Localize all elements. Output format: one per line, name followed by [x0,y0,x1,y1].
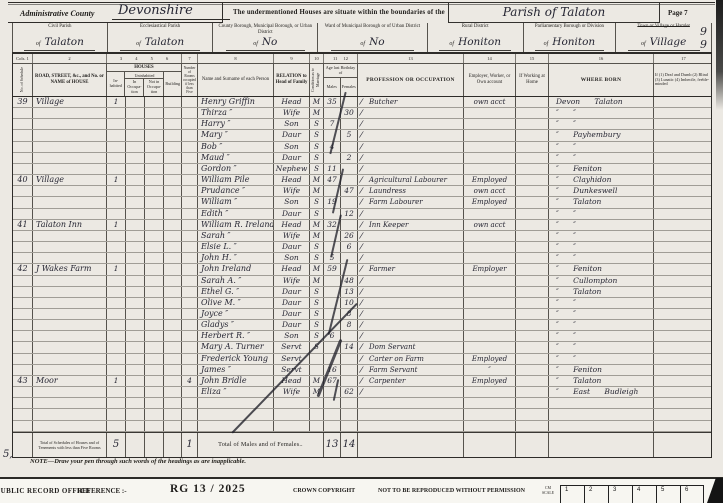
cell-uo [126,287,145,297]
cell-name: Sarah A. ″ [198,276,274,286]
cell-cond: S [310,142,324,152]
cell-inf [654,331,713,341]
cell-rel: Daur [274,242,310,252]
census-row: 42J Wakes Farm1John IrelandHeadM59∕Farme… [13,264,711,275]
cell-born: ″ Clayhidon [549,175,654,185]
cell-af: 26 [341,231,358,241]
cell-af [341,376,358,386]
totals-row: Total of Schedules of Houses and of Tene… [13,432,711,457]
cell-af [341,119,358,129]
cell-occ: ∕Farm Labourer [358,197,464,207]
cell-name: Bob ″ [198,142,274,152]
cell-home [516,376,549,386]
header-age: Age last Birthday of [324,64,357,78]
footer-notice: NOT TO BE REPRODUCED WITHOUT PERMISSION [378,488,525,494]
cell-un [145,253,164,263]
cell-home [516,409,549,419]
cell-uo [126,264,145,274]
cell-cond: S [310,253,324,263]
cell-am: 35 [324,97,341,107]
cell-af [341,421,358,431]
cell-sch: 40 [13,175,33,185]
enumerator-tick-icon: ∕ [359,387,363,397]
cell-name: Frederick Young [198,354,274,364]
cell-name: Herbert R. ″ [198,331,274,341]
cell-emp: Employed [464,197,516,207]
admin-box-border [222,2,223,23]
enumerator-tick-icon: ∕ [359,253,363,263]
cell-inf [654,186,713,196]
cell-occ: ∕Butcher [358,97,464,107]
header-born: WHERE BORN [549,64,654,96]
cell-inf [654,197,713,207]
cell-rooms [182,342,198,352]
cell-home [516,331,549,341]
cell-bld [164,130,182,140]
census-row: James ″Servt16∕Farm Servant″″ Feniton [13,365,711,376]
cell-bld [164,97,182,107]
cell-house [33,387,107,397]
situate-text: The undermentioned Houses are situate wi… [233,9,445,16]
cell-inh: 1 [107,175,126,185]
cell-name: James ″ [198,365,274,375]
cell-inh [107,276,126,286]
cell-af: 47 [341,186,358,196]
cell-cond: S [310,242,324,252]
column-number-strip: Cols. 1 2 3 4 5 6 7 8 9 10 11 12 13 14 1… [13,54,711,64]
header-building: Building [163,72,181,96]
cell-born: ″ ″ [549,108,654,118]
district-label: Ward of Municipal Borough or of Urban Di… [318,24,427,30]
census-row: William ″SonS19∕Farm LabourerEmployed″ T… [13,197,711,208]
cell-born: ″ ″ [549,342,654,352]
cell-sch [13,421,33,431]
cell-rooms [182,242,198,252]
cell-bld [164,264,182,274]
cell-occ: ∕Carpenter [358,376,464,386]
header-age-group: Age last Birthday of Males Females [324,64,358,96]
cell-emp: Employed [464,175,516,185]
cell-bld [164,276,182,286]
cell-inh: 1 [107,264,126,274]
cell-born: ″ Talaton [549,197,654,207]
cell-house [33,320,107,330]
cell-inh [107,354,126,364]
cell-rooms [182,197,198,207]
cell-inf [654,164,713,174]
cell-occ: ∕ [358,119,464,129]
district-value: No [262,36,278,48]
census-row: 39Village1Henry GriffinHeadM35∕Butcherow… [13,97,711,108]
cell-bld [164,298,182,308]
cell-bld [164,220,182,230]
cell-occ: ∕Inn Keeper [358,220,464,230]
cell-house [33,231,107,241]
census-row: Sarah ″WifeM26∕″ ″ [13,231,711,242]
cm-scale-tick: 3 [608,486,632,503]
cell-sch [13,276,33,286]
cell-sch [13,119,33,129]
cell-un [145,376,164,386]
cell-home [516,298,549,308]
cell-born [549,398,654,408]
cell-inh [107,421,126,431]
census-row: Mary ″DaurS5∕″ Payhembury [13,130,711,141]
cell-inh [107,331,126,341]
cell-occ: ∕Laundress [358,186,464,196]
cell-inh [107,309,126,319]
district-band: Civil Parish ofTalaton Ecclesiastical Pa… [12,23,712,52]
cell-name: Olive M. ″ [198,298,274,308]
cell-rooms [182,287,198,297]
enumerator-tick-icon: ∕ [359,197,363,207]
enumerator-tick-icon: ∕ [359,320,363,330]
cell-uo [126,197,145,207]
enumerator-tick-icon: ∕ [359,331,363,341]
cell-sch [13,209,33,219]
cell-inh [107,342,126,352]
cell-born: ″ ″ [549,231,654,241]
cell-sch [13,231,33,241]
cell-home [516,130,549,140]
cell-occ: ∕ [358,108,464,118]
cell-born: ″ Talaton [549,376,654,386]
enumerator-tick-icon: ∕ [359,342,363,352]
cell-house [33,421,107,431]
cell-inf [654,108,713,118]
cell-occ: ∕ [358,153,464,163]
cell-rooms [182,365,198,375]
enumerator-tick-icon: ∕ [359,130,363,140]
cm-scale-tick: 1 [560,486,584,503]
cell-rel: Wife [274,186,310,196]
occupation-text: Inn Keeper [369,221,408,229]
cell-born: ″ ″ [549,220,654,230]
totals-houses-value: 5 [107,433,126,457]
cell-rel: Wife [274,276,310,286]
district-underline [535,50,605,51]
cell-uo [126,354,145,364]
boundary-value: Parish of Talaton [503,5,605,19]
cell-bld [164,142,182,152]
cell-emp [464,142,516,152]
of-prefix: of [544,41,549,47]
census-sheet: Administrative County Devonshire The und… [0,0,723,503]
cell-name: Mary A. Turner [198,342,274,352]
cell-uo [126,142,145,152]
cell-uo [126,421,145,431]
cell-rel: Wife [274,231,310,241]
cell-rooms [182,220,198,230]
totals-empty [654,433,713,457]
cell-born: ″ ″ [549,119,654,129]
cell-house [33,354,107,364]
margin-five: 5, [3,449,13,460]
cell-inh [107,119,126,129]
cell-un [145,231,164,241]
cell-emp [464,387,516,397]
cell-un [145,164,164,174]
totals-empty [516,433,549,457]
cell-cond: M [310,276,324,286]
cell-inf [654,130,713,140]
cell-af: 14 [341,342,358,352]
colnum-8: 8 [198,54,274,63]
census-row: 43Moor14John BridleHeadM67∕CarpenterEmpl… [13,376,711,387]
cell-born: ″ ″ [549,253,654,263]
cell-rel: Wife [274,108,310,118]
cell-home [516,231,549,241]
cell-uo [126,231,145,241]
cell-cond: M [310,97,324,107]
cell-cond: S [310,209,324,219]
cell-rooms [182,164,198,174]
cell-emp [464,298,516,308]
census-row: Gladys ″DaurS8∕″ ″ [13,320,711,331]
cell-cond: M [310,175,324,185]
cell-af: 30 [341,108,358,118]
cell-rel: Head [274,220,310,230]
cell-uo [126,409,145,419]
cell-emp [464,231,516,241]
cell-house [33,276,107,286]
header-uninhabited: Uninhabited [125,72,163,79]
cell-uo [126,153,145,163]
cell-sch [13,398,33,408]
header-condition: Condition as to Marriage [310,64,324,96]
cell-un [145,409,164,419]
district-value: No [369,36,385,48]
cell-name: Gladys ″ [198,320,274,330]
census-row: Eliza ″WifeM62∕″ East Budleigh [13,387,711,398]
cell-rel: Daur [274,209,310,219]
cell-rel: Son [274,142,310,152]
cell-cond: M [310,186,324,196]
cell-rel: Son [274,331,310,341]
cell-emp: own acct [464,220,516,230]
cell-occ: ∕ [358,387,464,397]
cell-inh [107,108,126,118]
cell-emp [464,119,516,129]
cell-uo [126,298,145,308]
cell-house [33,287,107,297]
cell-house [33,186,107,196]
cell-house [33,108,107,118]
cell-rel [274,421,310,431]
cell-home [516,175,549,185]
cell-rooms [182,298,198,308]
cell-name: Edith ″ [198,209,274,219]
census-row: John H. ″SonS5∕″ ″ [13,253,711,264]
cell-uo [126,365,145,375]
header-infirmity: If (1) Deaf and Dumb (2) Blind (3) Lunat… [654,64,713,96]
cell-name: Elsie L. ″ [198,242,274,252]
colnum-9: 9 [274,54,310,63]
totals-empty [164,433,182,457]
cell-emp: Employer [464,264,516,274]
cell-house [33,164,107,174]
cell-sch [13,331,33,341]
cell-home [516,142,549,152]
district-label: Parliamentary Borough or Division [524,24,616,30]
cell-born [549,421,654,431]
cell-inf [654,209,713,219]
census-row: Gordon ″NephewS11∕″ Feniton [13,164,711,175]
cell-uo [126,119,145,129]
cell-un [145,298,164,308]
footer-reference-label: REFERENCE :- [77,487,127,495]
cell-born: ″ Feniton [549,365,654,375]
cell-house [33,142,107,152]
occupation-text: Laundress [369,187,406,195]
header-condition-text: Condition as to Marriage [311,65,321,95]
cell-cond: S [310,164,324,174]
cell-bld [164,421,182,431]
cell-bld [164,387,182,397]
cell-bld [164,209,182,219]
cell-sch [13,130,33,140]
cell-born: ″ Feniton [549,164,654,174]
census-row: Harry ″SonS7∕″ ″ [13,119,711,130]
cell-am [324,409,341,419]
colnum-2: 2 [33,54,107,63]
cell-inh [107,142,126,152]
cell-house [33,409,107,419]
cell-sch [13,253,33,263]
occupation-text: Carpenter [369,377,405,385]
of-prefix: of [641,41,646,47]
cell-uo [126,376,145,386]
header-houses: HOUSES [107,64,181,72]
header-relation: RELATION to Head of Family [274,64,310,96]
cell-sch [13,298,33,308]
cell-born: ″ ″ [549,320,654,330]
cell-am [324,231,341,241]
table-body: 39Village1Henry GriffinHeadM35∕Butcherow… [13,97,711,432]
cm-scale: 123456 [560,485,704,503]
header-females: Females [341,78,357,96]
totals-margin-cell [13,433,33,457]
cell-af [341,197,358,207]
cell-emp [464,398,516,408]
header-houses-group: HOUSES In- habited Uninhabited In Occupa… [107,64,182,96]
cell-un [145,186,164,196]
cell-home [516,220,549,230]
cell-inf [654,264,713,274]
census-row: Herbert R. ″SonS6∕″ ″ [13,331,711,342]
cell-house: Moor [33,376,107,386]
cell-house: Village [33,175,107,185]
totals-males-value: 13 [324,433,341,457]
cell-am [324,153,341,163]
enumerator-tick-icon: ∕ [359,376,363,386]
cell-occ: ∕ [358,142,464,152]
cell-inf [654,276,713,286]
cell-born: ″ ″ [549,354,654,364]
cell-un [145,130,164,140]
district-label: Ecclesiastical Parish [108,24,213,30]
cell-occ [358,409,464,419]
cell-inf [654,398,713,408]
cell-un [145,365,164,375]
cell-uo [126,108,145,118]
cell-house [33,331,107,341]
cell-cond: S [310,119,324,129]
cell-un [145,220,164,230]
district-underline [24,50,95,51]
enumerator-tick-icon: ∕ [359,209,363,219]
cell-emp: Employed [464,376,516,386]
header-rooms: Number of Rooms occupied if less than Fi… [182,64,198,96]
cell-rel [274,398,310,408]
cell-sch [13,320,33,330]
cell-bld [164,409,182,419]
of-prefix: of [136,41,141,47]
totals-females-value: 14 [341,433,358,457]
cell-rel: Head [274,264,310,274]
cell-cond: M [310,220,324,230]
page-label: Page 7 [668,9,688,17]
enumerator-tick-icon: ∕ [359,231,363,241]
cell-house: J Wakes Farm [33,264,107,274]
cell-occ: ∕Carter on Farm [358,354,464,364]
colnum-7: 7 [182,54,198,63]
cell-name: Prudance ″ [198,186,274,196]
cell-emp: own acct [464,186,516,196]
census-row [13,398,711,409]
header-occupation: PROFESSION OR OCCUPATION [358,64,464,96]
cell-rooms [182,142,198,152]
cell-home [516,164,549,174]
census-row: Thirza ″WifeM30∕″ ″ [13,108,711,119]
totals-rooms-number: 1 [186,439,192,450]
cell-uo [126,387,145,397]
census-row: 41Talaton Inn1William R. IrelandHeadM32∕… [13,220,711,231]
cell-uo [126,276,145,286]
totals-males-number: 13 [326,439,339,450]
cell-cond: S [310,287,324,297]
cell-born: ″ Cullompton [549,276,654,286]
census-row: Mary A. TurnerServtS14∕Dom Servant″ ″ [13,342,711,353]
cell-emp [464,253,516,263]
cell-inh [107,409,126,419]
cell-house [33,253,107,263]
census-row: Elsie L. ″DaurS6∕″ ″ [13,242,711,253]
cell-home [516,209,549,219]
cell-sch [13,354,33,364]
cell-un [145,175,164,185]
cell-rooms [182,320,198,330]
cell-inh [107,320,126,330]
cell-bld [164,175,182,185]
cell-born: ″ ″ [549,142,654,152]
cell-occ: ∕ [358,276,464,286]
cell-rooms [182,130,198,140]
cell-inh: 1 [107,376,126,386]
cell-rel [274,409,310,419]
cell-un [145,153,164,163]
cell-born: ″ Talaton [549,287,654,297]
district-ecclesiastical-parish: Ecclesiastical Parish ofTalaton [108,23,214,52]
cell-born: ″ ″ [549,242,654,252]
cell-sch [13,287,33,297]
cell-sch: 39 [13,97,33,107]
cm-scale-label: CM SCALE [540,486,556,496]
cell-rooms [182,153,198,163]
header-not-in-occupation: Not in Occupa- tion [144,79,163,96]
cell-uo [126,164,145,174]
cell-bld [164,309,182,319]
